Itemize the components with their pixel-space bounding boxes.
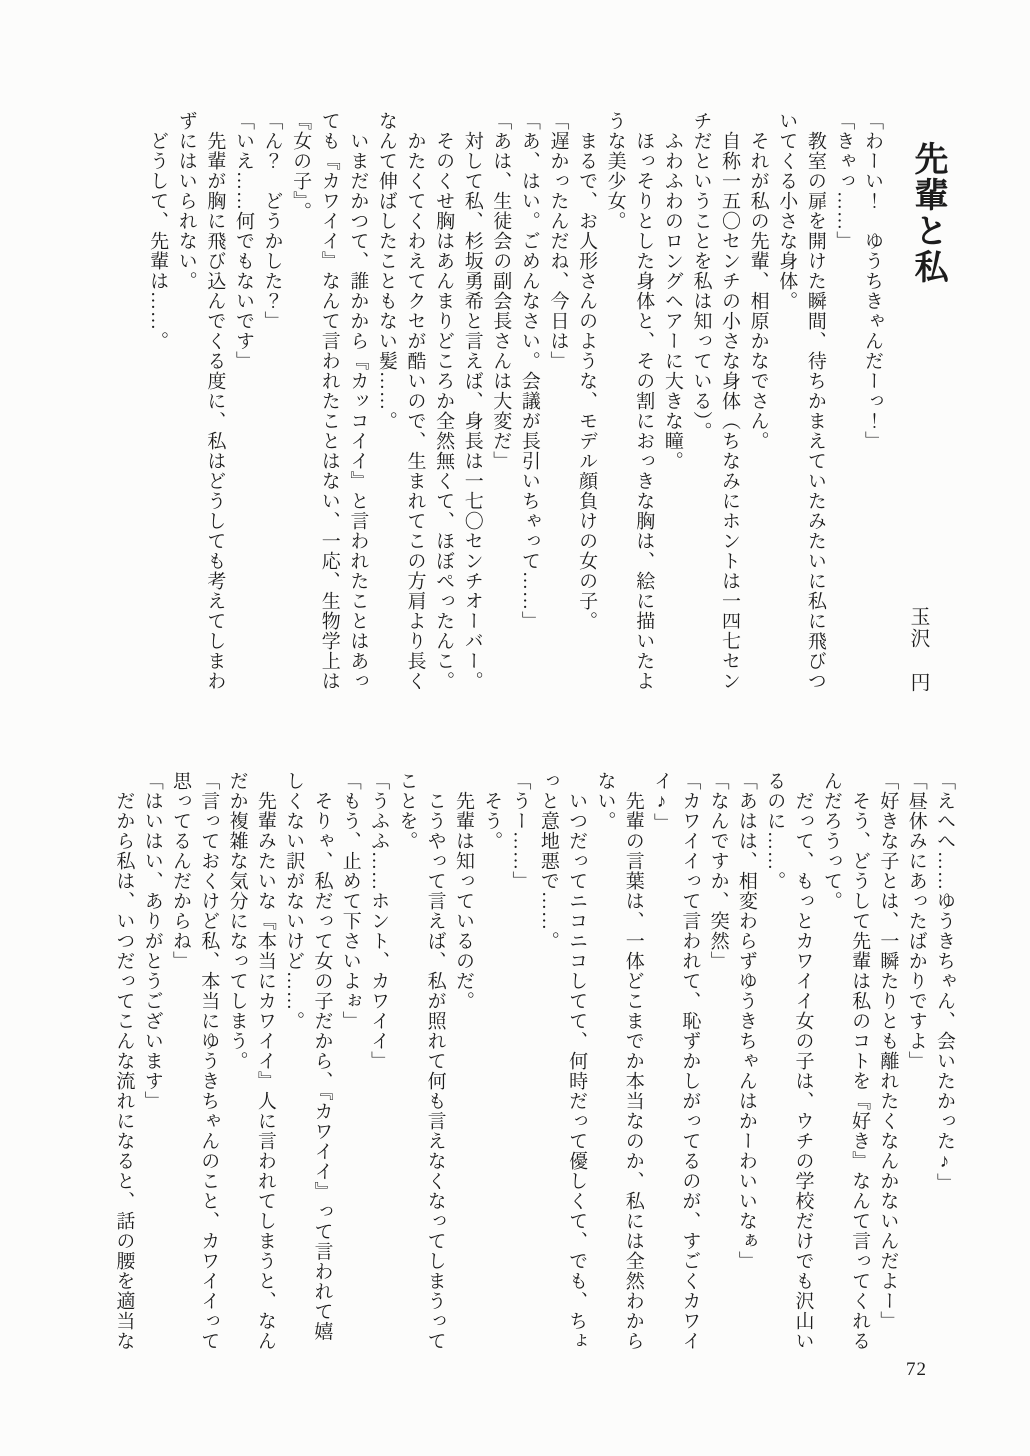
text-block-bottom: 「えへへ……ゆうきちゃん、会いたかった♪」「昼休みにあったばかりですよ」「好きな… — [109, 771, 958, 1353]
text-line: 「言っておくけど私、本当にゆうきちゃんのこと、カワイイって — [194, 771, 222, 1353]
text-line: 「わーい！ ゆうちきゃんだーっ！」 — [857, 111, 886, 693]
text-line: そう。 — [477, 771, 505, 1353]
text-line: ことを。 — [392, 771, 420, 1353]
text-line: 「カワイイって言われて、恥ずかしがってるのが、すごくカワイ — [675, 771, 703, 1353]
text-line: 先輩の言葉は、一体どこまでか本当なのか、私には全然わから — [618, 771, 646, 1353]
text-line: 「ん？ どうかした？」 — [257, 111, 286, 693]
text-line: こうやって言えば、私が照れて何も言えなくなってしまうって — [420, 771, 448, 1353]
text-line: だから私は、いつだってこんな流れになると、話の腰を適当な — [109, 771, 137, 1353]
text-line: 思ってるんだからね」 — [166, 771, 194, 1353]
text-line: るのに……。 — [760, 771, 788, 1353]
text-line: 「あ、はい。ごめんなさい。会議が長引いちゃって……」 — [514, 111, 543, 693]
text-line: 「あはは、相変わらずゆうきちゃんはかーわいいなぁ」 — [732, 771, 760, 1353]
text-line: 「うー……」 — [505, 771, 533, 1353]
text-line: 「きゃっ……」 — [829, 111, 858, 693]
text-line: 自称一五〇センチの小さな身体（ちなみにホントは一四七セン — [714, 111, 743, 693]
page-title: 先輩と私 — [903, 141, 952, 285]
text-line: チだということを私は知っている）。 — [686, 111, 715, 693]
text-line: 「はいはい、ありがとうございます」 — [137, 771, 165, 1353]
text-block-top: 「わーい！ ゆうちきゃんだーっ！」「きゃっ……」教室の扉を開けた瞬間、待ちかまえ… — [143, 111, 886, 693]
text-line: うな美少女。 — [600, 111, 629, 693]
text-line: ふわふわのロングヘアーに大きな瞳。 — [657, 111, 686, 693]
text-line: 教室の扉を開けた瞬間、待ちかまえていたみたいに私に飛びつ — [800, 111, 829, 693]
text-line: 『女の子』。 — [286, 111, 315, 693]
text-line: しくない訳がないけど……。 — [279, 771, 307, 1353]
text-line: 「なんですか、突然」 — [703, 771, 731, 1353]
text-line: 「いえ……何でもないです」 — [228, 111, 257, 693]
text-line: 対して私、杉坂勇希と言えば、身長は一七〇センチオーバー。 — [457, 111, 486, 693]
text-line: かたくてくわえてクセが酷いので、生まれてこの方肩より長く — [400, 111, 429, 693]
text-line: 「えへへ……ゆうきちゃん、会いたかった♪」 — [930, 771, 958, 1353]
novel-page: 先輩と私 玉沢 円 「わーい！ ゆうちきゃんだーっ！」「きゃっ……」教室の扉を開… — [0, 0, 1030, 1456]
text-line: なんて伸ばしたこともない髪……。 — [371, 111, 400, 693]
text-line: ずにはいられない。 — [171, 111, 200, 693]
text-line: そのくせ胸はあんまりどころか全然無くて、ほぼぺったんこ。 — [429, 111, 458, 693]
text-line: そう、どうして先輩は私のコトを『好き』なんて言ってくれる — [845, 771, 873, 1353]
text-line: それが私の先輩、相原かなでさん。 — [743, 111, 772, 693]
text-line: だか複雑な気分になってしまう。 — [222, 771, 250, 1353]
text-line: ても『カワイイ』なんて言われたことはない、一応、生物学上は — [314, 111, 343, 693]
text-line: そりゃ、私だって女の子だから、『カワイイ』って言われて嬉 — [307, 771, 335, 1353]
text-line: ほっそりとした身体と、その割におっきな胸は、絵に描いたよ — [629, 111, 658, 693]
text-line: っと意地悪で……。 — [534, 771, 562, 1353]
text-line: ない。 — [590, 771, 618, 1353]
text-line: 「好きな子とは、一瞬たりとも離れたくなんかないんだよー」 — [873, 771, 901, 1353]
text-line: 「うふふ……ホント、カワイイ」 — [364, 771, 392, 1353]
text-line: 「あは、生徒会の副会長さんは大変だ」 — [486, 111, 515, 693]
text-line: 先輩は知っているのだ。 — [449, 771, 477, 1353]
text-line: いつだってニコニコしてて、何時だって優しくて、でも、ちょ — [562, 771, 590, 1353]
text-line: だって、もっとカワイイ女の子は、ウチの学校だけでも沢山い — [788, 771, 816, 1353]
text-line: 「昼休みにあったばかりですよ」 — [901, 771, 929, 1353]
author-name: 玉沢 円 — [904, 606, 933, 694]
text-line: イ♪」 — [647, 771, 675, 1353]
text-line: いまだかつて、誰かから『カッコイイ』と言われたことはあっ — [343, 111, 372, 693]
text-line: 先輩が胸に飛び込んでくる度に、私はどうしても考えてしまわ — [200, 111, 229, 693]
text-line: 「遅かったんだね、今日は」 — [543, 111, 572, 693]
text-line: んだろうって。 — [817, 771, 845, 1353]
page-number: 72 — [906, 1359, 927, 1381]
text-line: 「もう、止めて下さいよぉ」 — [335, 771, 363, 1353]
text-line: どうして、先輩は……。 — [143, 111, 172, 693]
text-line: いてくる小さな身体。 — [772, 111, 801, 693]
text-line: まるで、お人形さんのような、モデル顔負けの女の子。 — [571, 111, 600, 693]
text-line: 先輩みたいな『本当にカワイイ』人に言われてしまうと、なん — [251, 771, 279, 1353]
